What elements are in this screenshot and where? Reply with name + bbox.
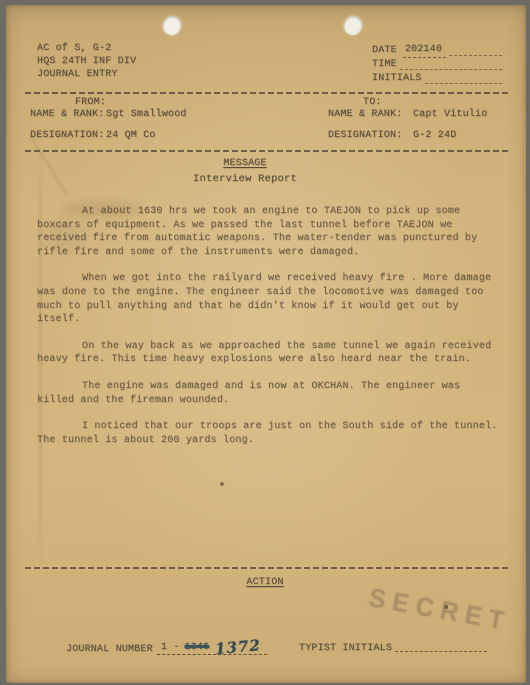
date-value: 202140 [403, 43, 446, 58]
action-heading: ACTION [0, 577, 530, 588]
message-body: At about 1630 hrs we took an engine to T… [37, 205, 502, 460]
journal-number-label: JOURNAL NUMBER [66, 644, 153, 655]
from-name-rank-label: NAME & RANK: [30, 109, 104, 120]
divider-mid [25, 150, 508, 152]
date-line: DATE 202140 [372, 43, 502, 58]
from-designation-label: DESIGNATION: [30, 130, 104, 141]
journal-number-field: 1 - 1346 1372 [157, 641, 267, 655]
typist-initials-blank-line [395, 651, 487, 652]
divider-top [25, 92, 508, 94]
scanned-journal-entry-document: { "header": { "org_lines": ["AC of S, G-… [0, 0, 530, 685]
from-designation-value: 24 QM Co [106, 130, 156, 141]
typist-initials-line: TYPIST INITIALS [299, 643, 487, 654]
date-label: DATE [372, 44, 397, 58]
org-line-unit: AC of S, G-2 [37, 42, 136, 55]
initials-label: INITIALS [372, 72, 422, 86]
org-line-division: HQS 24TH INF DIV [37, 55, 136, 68]
from-name-value: Sgt Smallwood [106, 109, 187, 120]
time-blank-line [400, 69, 502, 70]
initials-line: INITIALS [372, 72, 502, 86]
header-date-block: DATE 202140 TIME INITIALS [372, 43, 502, 86]
to-designation-label: DESIGNATION: [328, 130, 402, 141]
initials-blank-line [425, 83, 502, 84]
to-name-value: Capt Vitulio [413, 109, 487, 120]
journal-number-typed: 1 - [161, 642, 180, 653]
time-line: TIME [372, 58, 502, 72]
time-label: TIME [372, 58, 397, 72]
message-subtitle: Interview Report [30, 173, 460, 185]
journal-number-struck-out: 1346 [184, 642, 209, 653]
message-heading: MESSAGE [30, 158, 460, 169]
date-blank-line [449, 55, 502, 56]
from-label: FROM: [75, 97, 106, 108]
ink-speck [220, 482, 224, 486]
org-line-doc-type: JOURNAL ENTRY [37, 68, 136, 81]
typist-initials-label: TYPIST INITIALS [299, 643, 392, 654]
paragraph-2: When we got into the railyard we receive… [37, 272, 502, 326]
paragraph-1: At about 1630 hrs we took an engine to T… [37, 205, 502, 259]
to-designation-value: G-2 24D [413, 130, 456, 141]
paragraph-4: The engine was damaged and is now at OKC… [37, 380, 502, 407]
paragraph-3: On the way back as we approached the sam… [37, 340, 502, 367]
journal-number-line: JOURNAL NUMBER 1 - 1346 1372 [66, 641, 267, 655]
to-label: TO: [363, 97, 382, 108]
header-org-block: AC of S, G-2 HQS 24TH INF DIV JOURNAL EN… [37, 42, 136, 81]
divider-action [25, 567, 508, 569]
journal-number-handwritten: 1372 [215, 639, 262, 655]
paragraph-5: I noticed that our troops are just on th… [37, 420, 502, 447]
to-name-rank-label: NAME & RANK: [328, 109, 402, 120]
